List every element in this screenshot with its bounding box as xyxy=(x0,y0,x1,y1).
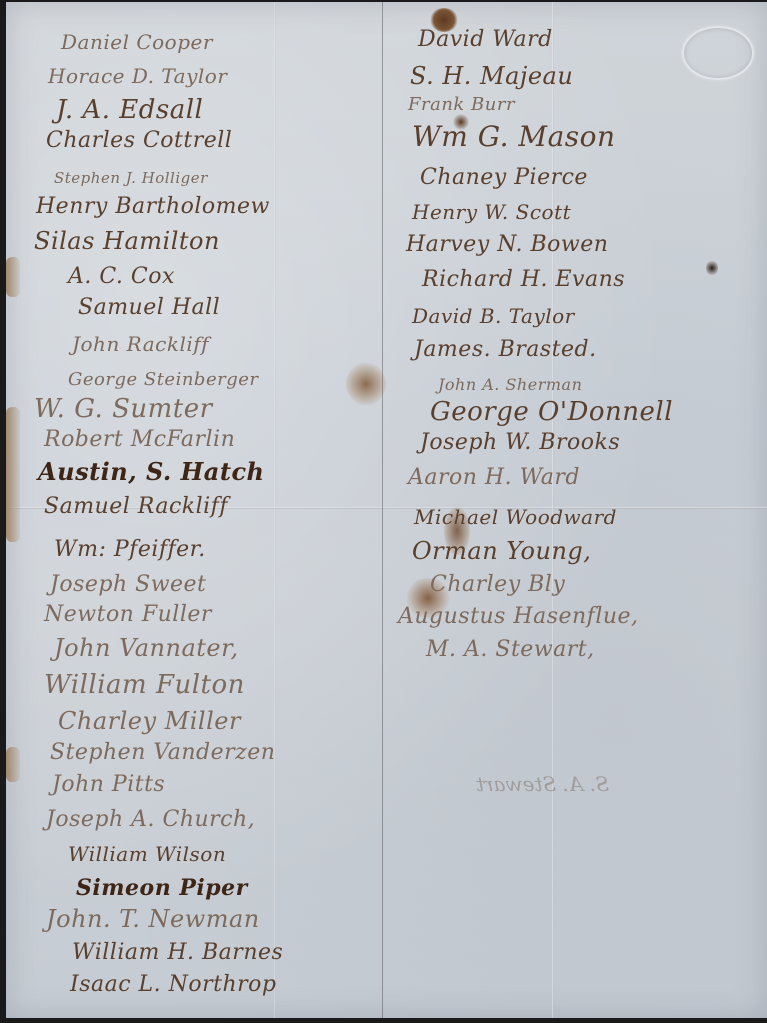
signature: Wm G. Mason xyxy=(412,120,616,153)
signature: Frank Burr xyxy=(408,94,515,115)
signature: David Ward xyxy=(418,27,553,52)
signature: John Vannater, xyxy=(54,634,239,662)
ink-blot xyxy=(706,260,718,276)
signature: Isaac L. Northrop xyxy=(70,972,277,997)
signature: Silas Hamilton xyxy=(34,227,220,255)
signature: George O'Donnell xyxy=(430,397,673,427)
signature: Joseph Sweet xyxy=(50,572,206,597)
document-page: Daniel CooperHorace D. TaylorJ. A. Edsal… xyxy=(6,2,767,1018)
signature: Stephen J. Holliger xyxy=(54,169,208,187)
edge-stain xyxy=(6,407,20,542)
signature: Henry W. Scott xyxy=(412,200,571,224)
signature: Stephen Vanderzen xyxy=(50,740,275,765)
signature: Charley Bly xyxy=(430,572,565,597)
signature: Horace D. Taylor xyxy=(48,64,227,88)
signature: John Pitts xyxy=(52,772,165,797)
signature: Samuel Rackliff xyxy=(44,494,228,519)
vertical-fold-line-left xyxy=(274,2,276,1018)
signature: David B. Taylor xyxy=(412,304,575,328)
signature: Richard H. Evans xyxy=(422,267,625,292)
signature: Robert McFarlin xyxy=(44,427,235,452)
edge-stain xyxy=(6,257,20,297)
signature: William Wilson xyxy=(68,842,226,866)
signature: J. A. Edsall xyxy=(56,95,203,125)
signature: Augustus Hasenflue, xyxy=(398,604,639,629)
signature: Aaron H. Ward xyxy=(408,465,580,490)
signature: John Rackliff xyxy=(72,332,209,356)
signature: Wm: Pfeiffer. xyxy=(54,537,206,562)
signature: Orman Young, xyxy=(412,537,591,565)
signature: Michael Woodward xyxy=(414,505,617,529)
water-stain xyxy=(346,362,386,406)
signature: W. G. Sumter xyxy=(34,394,213,424)
bleed-through-text: S. A. Stewart xyxy=(476,772,609,796)
signature: Samuel Hall xyxy=(78,295,220,320)
signature: Joseph A. Church, xyxy=(46,807,255,832)
signature: A. C. Cox xyxy=(68,264,175,289)
signature: Newton Fuller xyxy=(44,602,212,627)
signature: S. H. Majeau xyxy=(410,62,573,90)
signature: Joseph W. Brooks xyxy=(420,430,620,455)
signature: Daniel Cooper xyxy=(61,30,213,54)
signature: Chaney Pierce xyxy=(420,165,588,190)
signature: William Fulton xyxy=(44,670,245,700)
signature: James. Brasted. xyxy=(414,337,597,362)
edge-stain xyxy=(6,747,20,782)
signature: M. A. Stewart, xyxy=(426,637,595,662)
signature: Simeon Piper xyxy=(76,875,248,901)
signature: Harvey N. Bowen xyxy=(406,232,608,257)
signature: Austin, S. Hatch xyxy=(38,457,265,486)
signature: Charley Miller xyxy=(58,707,241,735)
signature: Henry Bartholomew xyxy=(36,194,270,219)
signature: George Steinberger xyxy=(68,369,259,390)
column-divider-rule xyxy=(382,2,383,1018)
embossed-seal-mark xyxy=(682,26,754,80)
signature: Charles Cottrell xyxy=(46,128,232,153)
signature: John. T. Newman xyxy=(46,905,260,933)
signature: John A. Sherman xyxy=(438,375,582,394)
signature: William H. Barnes xyxy=(72,940,283,965)
